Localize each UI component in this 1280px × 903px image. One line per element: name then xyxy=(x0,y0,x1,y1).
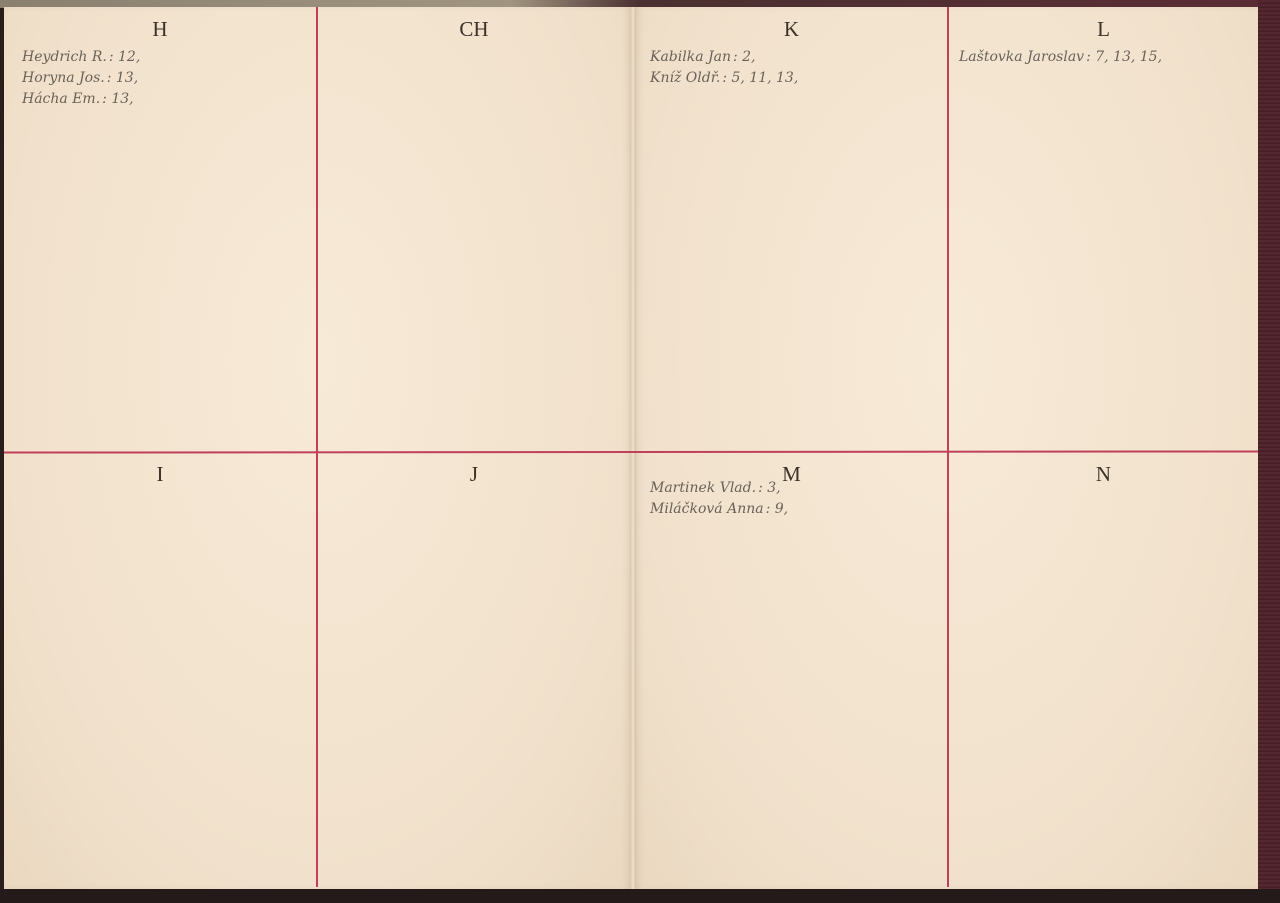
index-section-k: K Kabilka Jan: 2, Kníž Oldř.: 5, 11, 13, xyxy=(636,7,947,451)
entry-page-refs: : 2, xyxy=(733,49,756,65)
entry-list: Martinek Vlad.: 3, Miláčková Anna: 9, xyxy=(650,478,937,520)
section-letter: L xyxy=(949,17,1258,42)
index-entry: Miláčková Anna: 9, xyxy=(650,499,937,520)
entry-name: Horyna Jos. xyxy=(22,70,105,86)
section-letter: N xyxy=(949,462,1258,487)
index-section-h: H Heydrich R.: 12, Horyna Jos.: 13, Hách… xyxy=(4,7,316,451)
section-letter: CH xyxy=(318,17,630,42)
entry-list: Kabilka Jan: 2, Kníž Oldř.: 5, 11, 13, xyxy=(650,47,937,89)
section-letter: I xyxy=(4,462,316,487)
entry-name: Heydrich R. xyxy=(22,49,107,65)
entry-name: Laštovka Jaroslav xyxy=(959,49,1084,65)
index-entry: Heydrich R.: 12, xyxy=(22,47,306,68)
entry-page-refs: : 12, xyxy=(109,49,140,65)
index-entry: Horyna Jos.: 13, xyxy=(22,68,306,89)
section-letter: K xyxy=(636,17,947,42)
entry-name: Miláčková Anna xyxy=(650,501,764,517)
index-entry: Hácha Em.: 13, xyxy=(22,89,306,110)
entry-page-refs: : 13, xyxy=(107,70,138,86)
index-section-ch: CH xyxy=(318,7,630,451)
book-cover-right-edge xyxy=(1258,0,1280,903)
entry-page-refs: : 3, xyxy=(758,480,781,496)
section-letter: H xyxy=(4,17,316,42)
index-entry: Kníž Oldř.: 5, 11, 13, xyxy=(650,68,937,89)
entry-name: Hácha Em. xyxy=(22,91,100,107)
index-section-l: L Laštovka Jaroslav: 7, 13, 15, xyxy=(949,7,1258,451)
index-section-i: I xyxy=(4,452,316,889)
book-cover-bottom-edge xyxy=(0,889,1280,903)
section-letter: J xyxy=(318,462,630,487)
entry-page-refs: : 13, xyxy=(102,91,133,107)
entry-page-refs: : 9, xyxy=(766,501,789,517)
entry-name: Kabilka Jan xyxy=(650,49,731,65)
entry-list: Heydrich R.: 12, Horyna Jos.: 13, Hácha … xyxy=(22,47,306,110)
entry-page-refs: : 5, 11, 13, xyxy=(722,70,798,86)
entry-name: Martinek Vlad. xyxy=(650,480,756,496)
index-entry: Martinek Vlad.: 3, xyxy=(650,478,937,499)
entry-list: Laštovka Jaroslav: 7, 13, 15, xyxy=(959,47,1248,68)
index-entry: Kabilka Jan: 2, xyxy=(650,47,937,68)
index-section-j: J xyxy=(318,452,630,889)
index-section-m: M Martinek Vlad.: 3, Miláčková Anna: 9, xyxy=(636,452,947,889)
entry-name: Kníž Oldř. xyxy=(650,70,720,86)
index-section-n: N xyxy=(949,452,1258,889)
entry-page-refs: : 7, 13, 15, xyxy=(1086,49,1162,65)
index-entry: Laštovka Jaroslav: 7, 13, 15, xyxy=(959,47,1248,68)
